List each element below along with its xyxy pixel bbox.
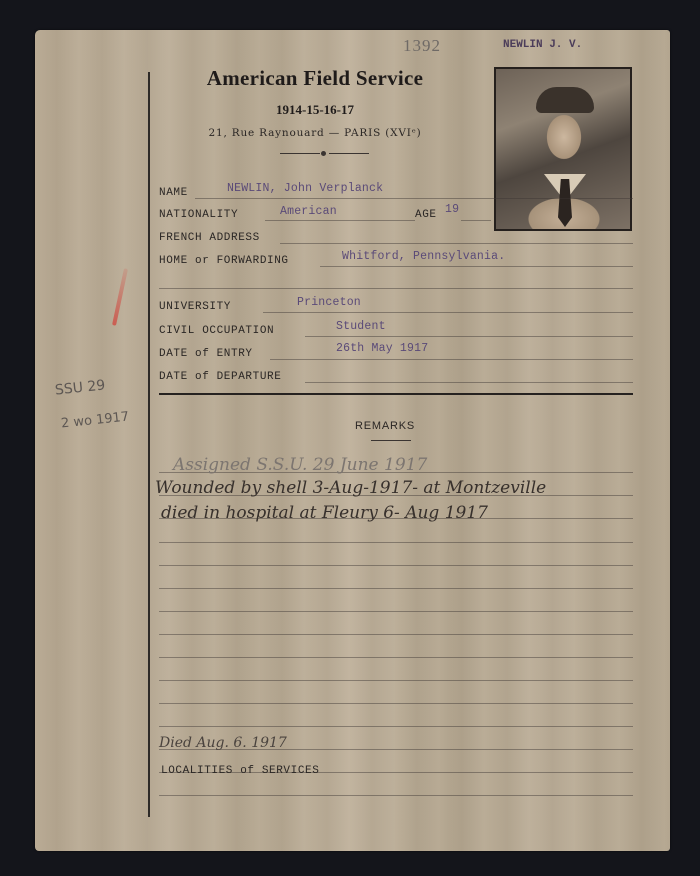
margin-rule: [148, 72, 150, 817]
margin-note-unit: SSU 29: [54, 377, 106, 398]
remark-line-3: died in hospital at Fleury 6- Aug 1917: [161, 503, 488, 523]
card-title: American Field Service: [185, 66, 445, 91]
photo-hair: [536, 87, 594, 113]
portrait-photo: [494, 67, 632, 231]
field-label-home: HOME or FORWARDING: [159, 255, 289, 267]
card-years: 1914-15-16-17: [185, 102, 445, 118]
field-label-date-departure: DATE of DEPARTURE: [159, 371, 281, 383]
field-label-nationality: NATIONALITY: [159, 209, 238, 221]
field-value-name: NEWLIN, John Verplanck: [227, 182, 383, 195]
field-label-university: UNIVERSITY: [159, 301, 231, 313]
field-value-university: Princeton: [297, 296, 361, 309]
red-check-mark: [112, 268, 128, 326]
field-value-nationality: American: [280, 205, 337, 218]
remarks-underline: [371, 440, 411, 441]
died-note: Died Aug. 6. 1917: [159, 735, 287, 751]
ornament-divider: [280, 153, 370, 155]
field-label-age: AGE: [415, 209, 437, 221]
margin-note-date: 2 wo 1917: [60, 409, 129, 431]
field-value-date-entry: 26th May 1917: [336, 342, 428, 355]
card-address: 21, Rue Raynouard — PARIS (XVIᵉ): [155, 127, 475, 139]
record-number-stamp: 1392: [403, 36, 441, 56]
field-label-date-entry: DATE of ENTRY: [159, 348, 253, 360]
field-value-home: Whitford, Pennsylvania.: [342, 250, 505, 263]
field-value-age: 19: [445, 203, 459, 216]
field-label-occupation: CIVIL OCCUPATION: [159, 325, 274, 337]
remark-line-2: Wounded by shell 3-Aug-1917- at Montzevi…: [155, 478, 546, 498]
remark-line-1: Assigned S.S.U. 29 June 1917: [173, 455, 427, 475]
remarks-title: REMARKS: [355, 420, 415, 432]
service-record-card: 1392 NEWLIN J. V. American Field Service…: [35, 30, 670, 851]
field-label-name: NAME: [159, 187, 188, 199]
record-name-stamp: NEWLIN J. V.: [503, 39, 582, 51]
localities-label: LOCALITIES of SERVICES: [161, 765, 319, 777]
field-value-occupation: Student: [336, 320, 386, 333]
section-divider: [159, 393, 633, 395]
field-label-french-address: FRENCH ADDRESS: [159, 232, 260, 244]
